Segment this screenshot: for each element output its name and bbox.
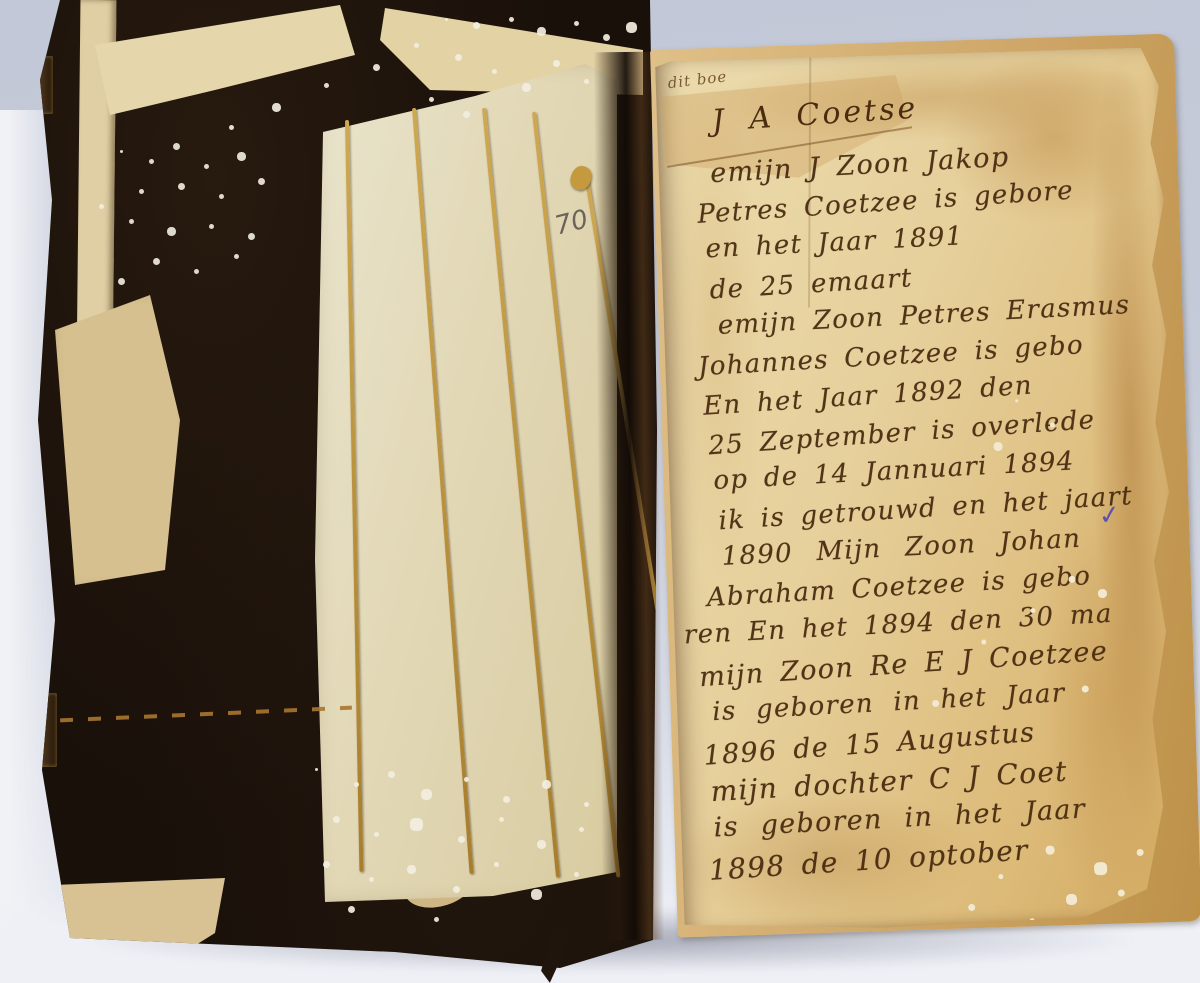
paint-speckles-left [120, 150, 123, 153]
torn-paper-patch-top-left [85, 0, 370, 125]
flaked-paper-spots [1015, 399, 1018, 402]
photo-of-open-antique-book: 70 E 5y dit boe J A Coetse emijn J Zoon … [0, 0, 1200, 983]
leather-stitching [60, 706, 352, 723]
paint-speckles-top [445, 18, 448, 21]
torn-paper-patch-mid-left [50, 290, 190, 590]
handwritten-genealogy-page: dit boe J A Coetse emijn J Zoon Jakop Pe… [655, 47, 1186, 934]
clasp-remnant-top [25, 56, 53, 114]
corner-note: dit boe [667, 67, 728, 92]
blue-check-mark: ✓ [1097, 499, 1123, 532]
paint-speckles-bottom [315, 768, 318, 771]
left-inside-cover: 70 [25, 0, 657, 976]
